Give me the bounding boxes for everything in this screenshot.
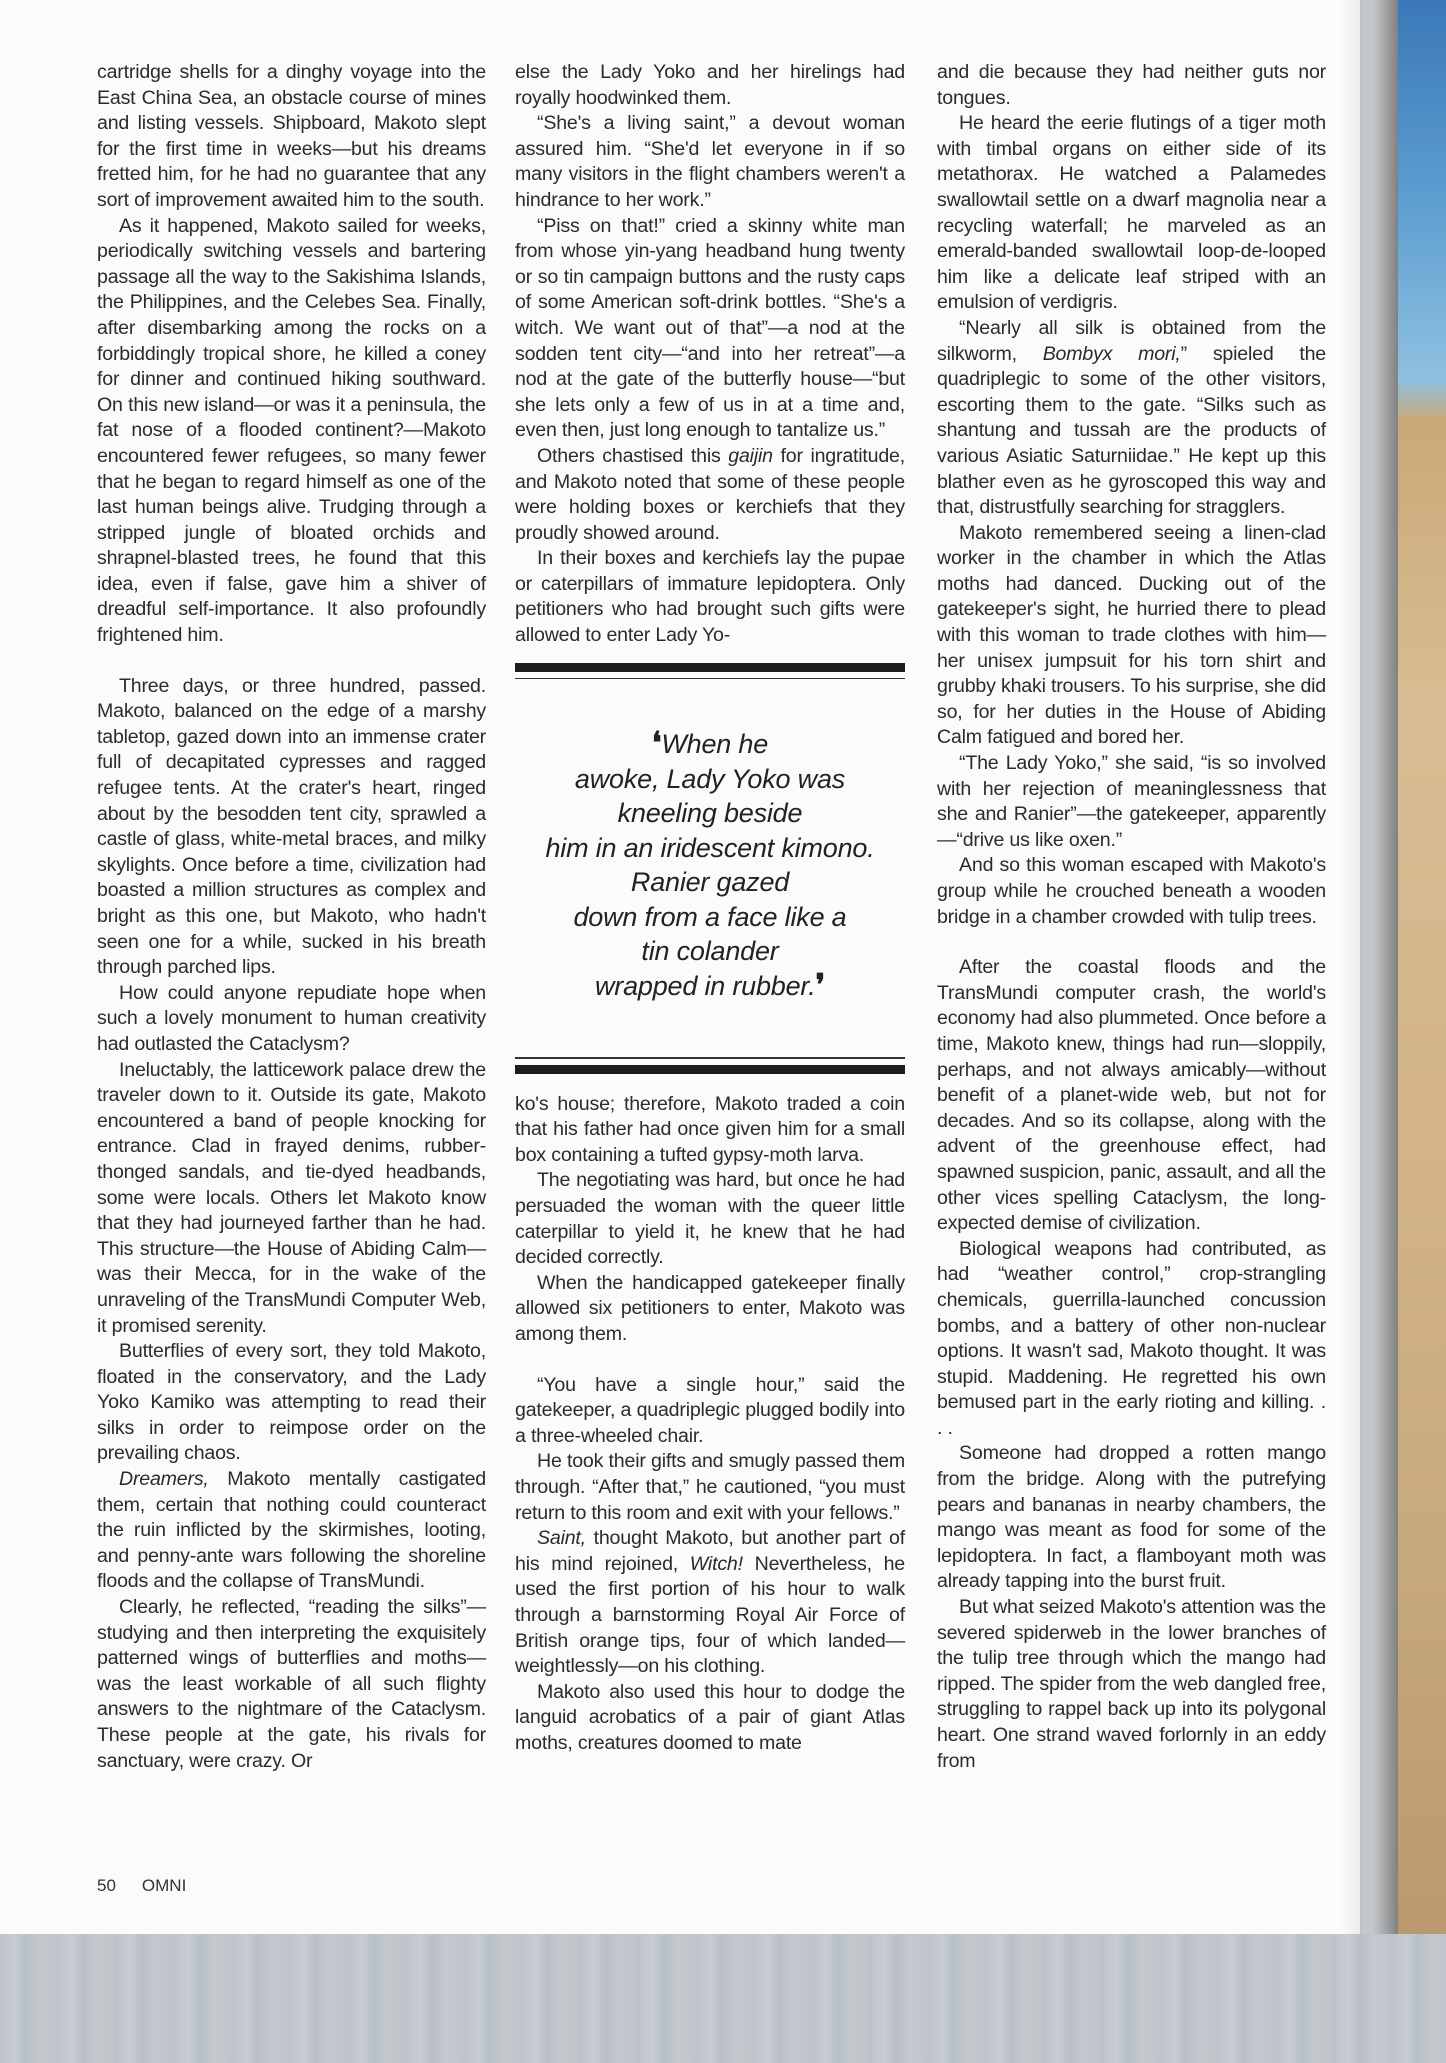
paragraph: “You have a single hour,” said the gatek… xyxy=(515,1373,905,1450)
paragraph: Butterflies of every sort, they told Mak… xyxy=(97,1339,486,1467)
paragraph: Dreamers, Makoto mentally castigated the… xyxy=(97,1467,486,1595)
pullquote-line: him in an iridescent kimono. xyxy=(545,833,874,863)
paragraph: “Piss on that!” cried a skinny white man… xyxy=(515,214,905,444)
paragraph: ko's house; therefore, Makoto traded a c… xyxy=(515,1092,905,1169)
text-column-3: and die because they had neither guts no… xyxy=(937,60,1326,1774)
paragraph: As it happened, Makoto sailed for weeks,… xyxy=(97,214,486,649)
binding-gutter-shadow xyxy=(1340,0,1400,1934)
paragraph: cartridge shells for a dinghy voyage int… xyxy=(97,60,486,214)
pullquote-line: wrapped in rubber. xyxy=(595,971,816,1001)
italic-word: Bombyx mori, xyxy=(1043,343,1181,365)
paragraph: Saint, thought Makoto, but another part … xyxy=(515,1526,905,1680)
italic-word: gaijin xyxy=(728,445,773,467)
italic-word: Saint, xyxy=(537,1527,586,1549)
paragraph: He took their gifts and smugly passed th… xyxy=(515,1449,905,1526)
magazine-page: cartridge shells for a dinghy voyage int… xyxy=(0,0,1360,1934)
paragraph: After the coastal floods and the TransMu… xyxy=(937,955,1326,1237)
paragraph: In their boxes and kerchiefs lay the pup… xyxy=(515,546,905,648)
paragraph: Ineluctably, the latticework palace drew… xyxy=(97,1058,486,1340)
pullquote-line: kneeling beside xyxy=(618,798,803,828)
pullquote-rule-thin-bottom xyxy=(515,1057,905,1059)
paragraph: When the handicapped gatekeeper finally … xyxy=(515,1271,905,1348)
pullquote-line: down from a face like a xyxy=(573,902,846,932)
pullquote-line: awoke, Lady Yoko was xyxy=(575,764,845,794)
pullquote: ❛When he awoke, Lady Yoko was kneeling b… xyxy=(515,727,905,1003)
paragraph: Makoto also used this hour to dodge the … xyxy=(515,1680,905,1757)
paragraph: and die because they had neither guts no… xyxy=(937,60,1326,111)
paragraph: And so this woman escaped with Makoto's … xyxy=(937,853,1326,930)
text-column-1: cartridge shells for a dinghy voyage int… xyxy=(97,60,486,1774)
italic-word: Dreamers, xyxy=(119,1468,209,1490)
paragraph: “Nearly all silk is obtained from the si… xyxy=(937,316,1326,521)
paragraph: How could anyone repudiate hope when suc… xyxy=(97,981,486,1058)
pullquote-rule-thin-top xyxy=(515,678,905,680)
paragraph: Others chastised this gaijin for ingrati… xyxy=(515,444,905,546)
page-folio: 50OMNI xyxy=(97,1876,212,1896)
italic-word: Witch! xyxy=(690,1553,743,1575)
paragraph: “She's a living saint,” a devout woman a… xyxy=(515,111,905,213)
pullquote-line: Ranier gazed xyxy=(631,867,789,897)
paragraph: else the Lady Yoko and her hirelings had… xyxy=(515,60,905,111)
pullquote-rule-thick-bottom xyxy=(515,1065,905,1074)
page-number: 50 xyxy=(97,1876,116,1895)
close-quote-icon: ❜ xyxy=(816,969,825,1002)
paragraph: But what seized Makoto's attention was t… xyxy=(937,1595,1326,1774)
magazine-name: OMNI xyxy=(142,1876,186,1895)
pullquote-line: When he xyxy=(661,729,768,759)
paragraph: Biological weapons had contributed, as h… xyxy=(937,1237,1326,1442)
text-run: Others chastised this xyxy=(537,445,728,467)
pullquote-line: tin colander xyxy=(641,936,778,966)
paragraph: He heard the eerie flutings of a tiger m… xyxy=(937,111,1326,316)
scanner-bed-background xyxy=(0,1934,1446,2063)
paragraph: Clearly, he reflected, “reading the silk… xyxy=(97,1595,486,1774)
paragraph: Makoto remembered seeing a linen-clad wo… xyxy=(937,521,1326,751)
paragraph: Three days, or three hundred, passed. Ma… xyxy=(97,674,486,981)
text-column-2: else the Lady Yoko and her hirelings had… xyxy=(515,60,905,1757)
facing-page-photo-edge xyxy=(1398,0,1446,1934)
paragraph: Someone had dropped a rotten mango from … xyxy=(937,1441,1326,1595)
text-run: ” spieled the quadriplegic to some of th… xyxy=(937,343,1326,519)
open-quote-icon: ❛ xyxy=(652,727,661,760)
paragraph: The negotiating was hard, but once he ha… xyxy=(515,1168,905,1270)
pullquote-rule-thick-top xyxy=(515,663,905,672)
paragraph: “The Lady Yoko,” she said, “is so involv… xyxy=(937,751,1326,853)
